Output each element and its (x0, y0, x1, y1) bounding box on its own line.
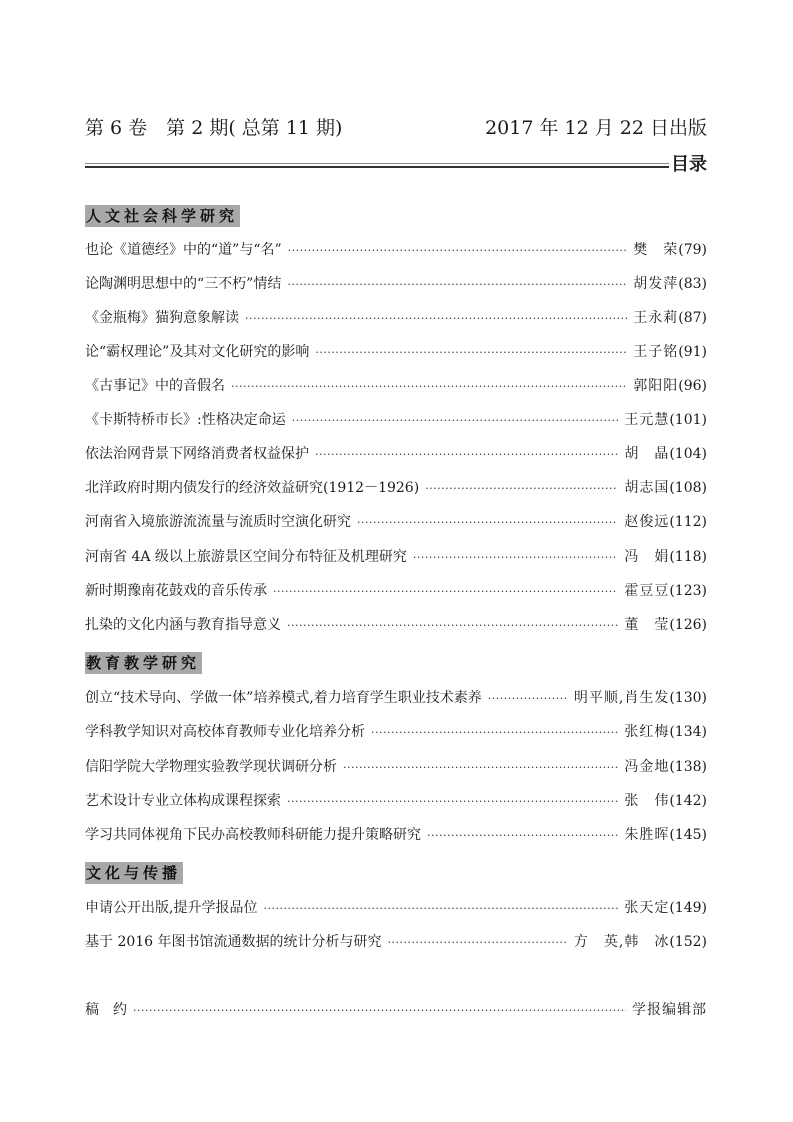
leader-dots (273, 582, 618, 602)
entry-title: 《卡斯特桥市长》:性格决定命运 (85, 410, 286, 430)
entry-author: 胡 晶 (624, 444, 669, 464)
leader-dots (357, 513, 618, 533)
entry-title: 稿 约 (85, 1000, 127, 1020)
entry-author: 朱胜晖 (624, 825, 669, 845)
entry-page: (138) (669, 757, 707, 777)
entry-page: (145) (669, 825, 707, 845)
entry-title: 新时期豫南花鼓戏的音乐传承 (85, 581, 267, 601)
toc-title: 目录 (671, 150, 707, 176)
entry-title: 《金瓶梅》猫狗意象解读 (85, 308, 239, 328)
entry-title: 《古事记》中的音假名 (85, 376, 225, 396)
entry-title: 艺术设计专业立体构成课程探索 (85, 791, 281, 811)
journal-header: 第 6 卷 第 2 期( 总第 11 期) 2017 年 12 月 22 日出版 (85, 113, 707, 143)
entry-author: 王子铭 (633, 342, 678, 362)
volume-issue: 第 6 卷 第 2 期( 总第 11 期) (85, 113, 342, 140)
entry-author: 冯金地 (624, 757, 669, 777)
toc-entry[interactable]: 北洋政府时期内债发行的经济效益研究(1912－1926)胡志国(108) (85, 478, 707, 498)
leader-dots (292, 411, 619, 431)
leader-dots (413, 548, 618, 568)
toc-entry[interactable]: 基于 2016 年图书馆流通数据的统计分析与研究方 英,韩 冰(152) (85, 932, 707, 952)
section-heading-culture: 文化与传播 (85, 862, 183, 884)
entry-author: 樊 荣 (633, 240, 678, 260)
entry-author: 董 莹 (624, 615, 669, 635)
leader-dots (245, 309, 627, 329)
entry-page: (149) (669, 898, 707, 918)
toc-entry[interactable]: 申请公开出版,提升学报品位张天定(149) (85, 898, 707, 918)
toc-entry[interactable]: 论“霸权理论”及其对文化研究的影响王子铭(91) (85, 342, 707, 362)
leader-dots (315, 343, 627, 363)
entry-author: 张红梅 (624, 722, 669, 742)
toc-entry[interactable]: 新时期豫南花鼓戏的音乐传承霍豆豆(123) (85, 581, 707, 601)
leader-dots (315, 445, 618, 465)
entry-author: 郭阳阳 (633, 376, 678, 396)
entry-title: 信阳学院大学物理实验教学现状调研分析 (85, 757, 337, 777)
entry-page: (91) (678, 342, 707, 362)
toc-entry[interactable]: 《古事记》中的音假名郭阳阳(96) (85, 376, 707, 396)
toc-entry[interactable]: 扎染的文化内涵与教育指导意义董 莹(126) (85, 615, 707, 635)
entry-title: 学习共同体视角下民办高校教师科研能力提升策略研究 (85, 825, 421, 845)
leader-dots (371, 723, 618, 743)
leader-dots (231, 377, 627, 397)
entry-page: (123) (669, 581, 707, 601)
entry-author: 张天定 (624, 898, 669, 918)
toc-entry[interactable]: 艺术设计专业立体构成课程探索张 伟(142) (85, 791, 707, 811)
toc-entry[interactable]: 信阳学院大学物理实验教学现状调研分析冯金地(138) (85, 757, 707, 777)
toc-entry-call-for-papers[interactable]: 稿 约学报编辑部 (85, 1000, 707, 1020)
entry-title: 北洋政府时期内债发行的经济效益研究(1912－1926) (85, 478, 419, 498)
entry-page: (134) (669, 722, 707, 742)
leader-dots (425, 479, 618, 499)
entry-title: 论“霸权理论”及其对文化研究的影响 (85, 342, 309, 362)
entry-title: 学科教学知识对高校体育教师专业化培养分析 (85, 722, 365, 742)
entry-title: 创立“技术导向、学做一体”培养模式,着力培育学生职业技术素养 (85, 688, 482, 708)
entry-title: 河南省入境旅游流流量与流质时空演化研究 (85, 512, 351, 532)
toc-entry[interactable]: 《金瓶梅》猫狗意象解读王永莉(87) (85, 308, 707, 328)
entry-page: (152) (669, 932, 707, 952)
toc-entry[interactable]: 学科教学知识对高校体育教师专业化培养分析张红梅(134) (85, 722, 707, 742)
entry-page: (126) (669, 615, 707, 635)
entry-author: 胡发萍 (633, 274, 678, 294)
entry-title: 扎染的文化内涵与教育指导意义 (85, 615, 281, 635)
toc-entry[interactable]: 《卡斯特桥市长》:性格决定命运王元慧(101) (85, 410, 707, 430)
toc-entry[interactable]: 河南省 4A 级以上旅游景区空间分布特征及机理研究冯 娟(118) (85, 547, 707, 567)
leader-dots (263, 899, 618, 919)
leader-dots (388, 933, 568, 953)
toc-entry[interactable]: 河南省入境旅游流流量与流质时空演化研究赵俊远(112) (85, 512, 707, 532)
leader-dots (133, 1001, 626, 1021)
toc-entry[interactable]: 学习共同体视角下民办高校教师科研能力提升策略研究朱胜晖(145) (85, 825, 707, 845)
leader-dots (288, 241, 628, 261)
leader-dots (287, 616, 618, 636)
entry-author: 方 英,韩 冰 (574, 932, 669, 952)
publish-date: 2017 年 12 月 22 日出版 (485, 113, 707, 140)
entry-page: (83) (678, 274, 707, 294)
entry-title: 基于 2016 年图书馆流通数据的统计分析与研究 (85, 932, 382, 952)
toc-entry[interactable]: 依法治网背景下网络消费者权益保护胡 晶(104) (85, 444, 707, 464)
entry-page: (142) (669, 791, 707, 811)
entry-title: 申请公开出版,提升学报品位 (85, 898, 257, 918)
entry-author: 赵俊远 (624, 512, 669, 532)
entry-author: 学报编辑部 (632, 1000, 707, 1020)
entry-page: (96) (678, 376, 707, 396)
entry-page: (87) (678, 308, 707, 328)
entry-title: 依法治网背景下网络消费者权益保护 (85, 444, 309, 464)
section-heading-humanities: 人文社会科学研究 (85, 205, 240, 227)
entry-author: 霍豆豆 (624, 581, 669, 601)
toc-entry[interactable]: 论陶渊明思想中的“三不朽”情结胡发萍(83) (85, 274, 707, 294)
leader-dots (287, 275, 627, 295)
entry-title: 论陶渊明思想中的“三不朽”情结 (85, 274, 281, 294)
entry-author: 王永莉 (633, 308, 678, 328)
entry-page: (112) (669, 512, 707, 532)
leader-dots (427, 826, 618, 846)
leader-dots (488, 689, 568, 709)
entry-title: 也论《道德经》中的“道”与“名” (85, 240, 282, 260)
entry-title: 河南省 4A 级以上旅游景区空间分布特征及机理研究 (85, 547, 407, 567)
toc-entry[interactable]: 创立“技术导向、学做一体”培养模式,着力培育学生职业技术素养明平顺,肖生发(13… (85, 688, 707, 708)
entry-author: 冯 娟 (624, 547, 669, 567)
entry-author: 张 伟 (624, 791, 669, 811)
leader-dots (287, 792, 618, 812)
entry-author: 胡志国 (624, 478, 669, 498)
entry-page: (108) (669, 478, 707, 498)
double-rule-divider (85, 163, 669, 167)
leader-dots (343, 758, 618, 778)
entry-page: (130) (669, 688, 707, 708)
section-heading-education: 教育教学研究 (85, 652, 202, 674)
entry-page: (118) (669, 547, 707, 567)
toc-title-row: 目录 (85, 150, 707, 176)
toc-entry[interactable]: 也论《道德经》中的“道”与“名”樊 荣(79) (85, 240, 707, 260)
entry-page: (79) (678, 240, 707, 260)
entry-author: 明平顺,肖生发 (574, 688, 669, 708)
entry-page: (104) (669, 444, 707, 464)
entry-page: (101) (669, 410, 707, 430)
entry-author: 王元慧 (624, 410, 669, 430)
